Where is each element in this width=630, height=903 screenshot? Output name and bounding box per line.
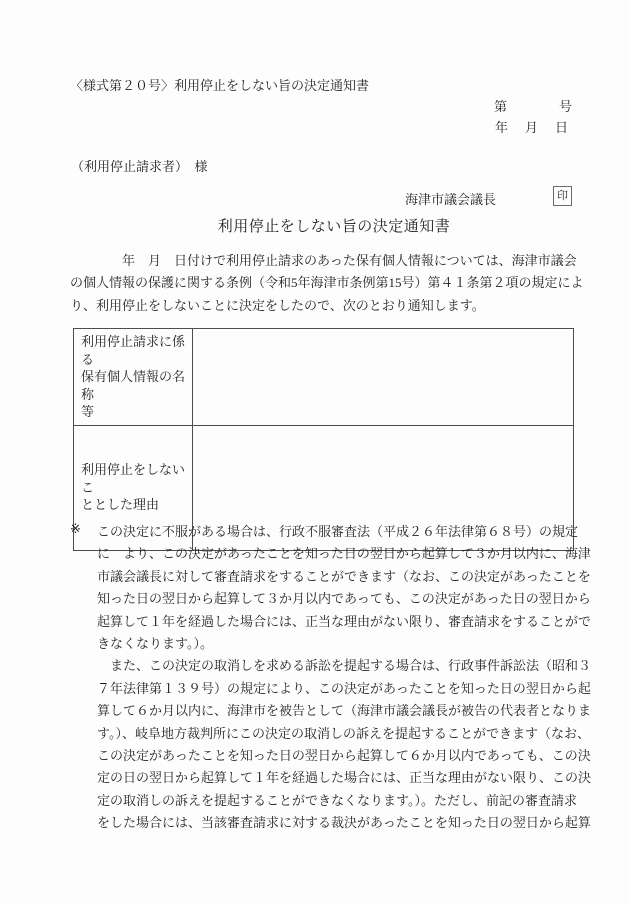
- row-value-personal-info-name: [193, 329, 574, 426]
- row-label-personal-info-name: 利用停止請求に係る 保有個人情報の名称 等: [74, 329, 193, 426]
- intro-paragraph: 年 月 日付けで利用停止請求のあった保有個人情報については、海津市議会 の個人情…: [70, 250, 584, 317]
- document-number-line: 第 号: [494, 96, 572, 115]
- document-page: 〈様式第２０号〉利用停止をしない旨の決定通知書 第 号 年 月 日 （利用停止請…: [0, 0, 630, 903]
- decision-table: 利用停止請求に係る 保有個人情報の名称 等 利用停止をしないこ ととした理由: [73, 328, 574, 551]
- addressee-line: （利用停止請求者） 様: [71, 156, 208, 175]
- note-paragraph: この決定に不服がある場合は、行政不服審査法（平成２６年法律第６８号）の規定 に …: [97, 521, 591, 835]
- document-title: 利用停止をしない旨の決定通知書: [0, 215, 630, 236]
- note-marker: ※: [70, 521, 81, 537]
- date-line: 年 月 日: [495, 117, 570, 136]
- form-number-label: 〈様式第２０号〉利用停止をしない旨の決定通知書: [70, 75, 369, 94]
- sender-name: 海津市議会議長: [405, 189, 496, 208]
- table-row: 利用停止請求に係る 保有個人情報の名称 等: [74, 329, 574, 426]
- seal-placeholder-box: 印: [553, 186, 572, 206]
